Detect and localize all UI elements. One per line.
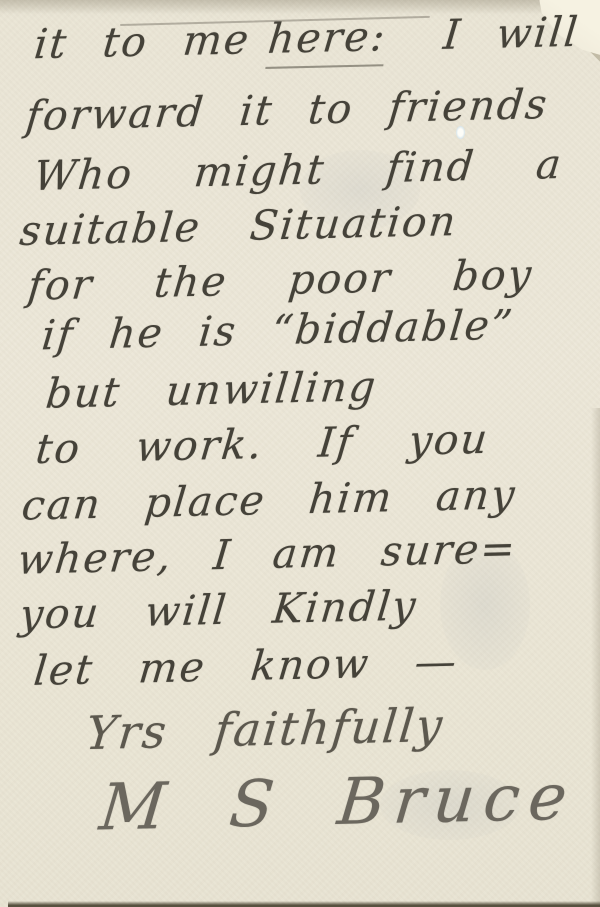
letter-line-11: you will Kindly — [18, 581, 420, 638]
page-bottom-edge — [8, 901, 600, 907]
line1-underlined-word: here: — [265, 12, 389, 69]
letter-line-8: to work. If you — [34, 415, 492, 473]
line1-left-text: it to me — [31, 15, 252, 74]
letter-signature: M S Bruce — [96, 761, 579, 846]
letter-line-6: if he is “biddable” — [40, 301, 517, 360]
line1-gap — [384, 11, 446, 66]
letter-line-3: Who might find a — [32, 140, 566, 200]
letter-line-9: can place him any — [20, 470, 519, 529]
letter-line-5: for the poor boy — [26, 250, 536, 310]
letter-line-7: but unwilling — [44, 362, 380, 418]
letter-closing-line: Yrs faithfully — [83, 698, 446, 760]
letter-line-12: let me know — — [32, 637, 461, 695]
letter-line-2: forward it to friends — [24, 80, 551, 140]
letter-line-1: it to me here: I will — [31, 8, 581, 75]
letter-page: it to me here: I will forward it to frie… — [0, 0, 600, 907]
letter-line-10: where, I am sure= — [16, 524, 520, 583]
page-right-edge-shadow — [591, 408, 600, 907]
letter-line-4: suitable Situation — [18, 197, 460, 255]
line1-right-text: I will — [441, 8, 582, 65]
